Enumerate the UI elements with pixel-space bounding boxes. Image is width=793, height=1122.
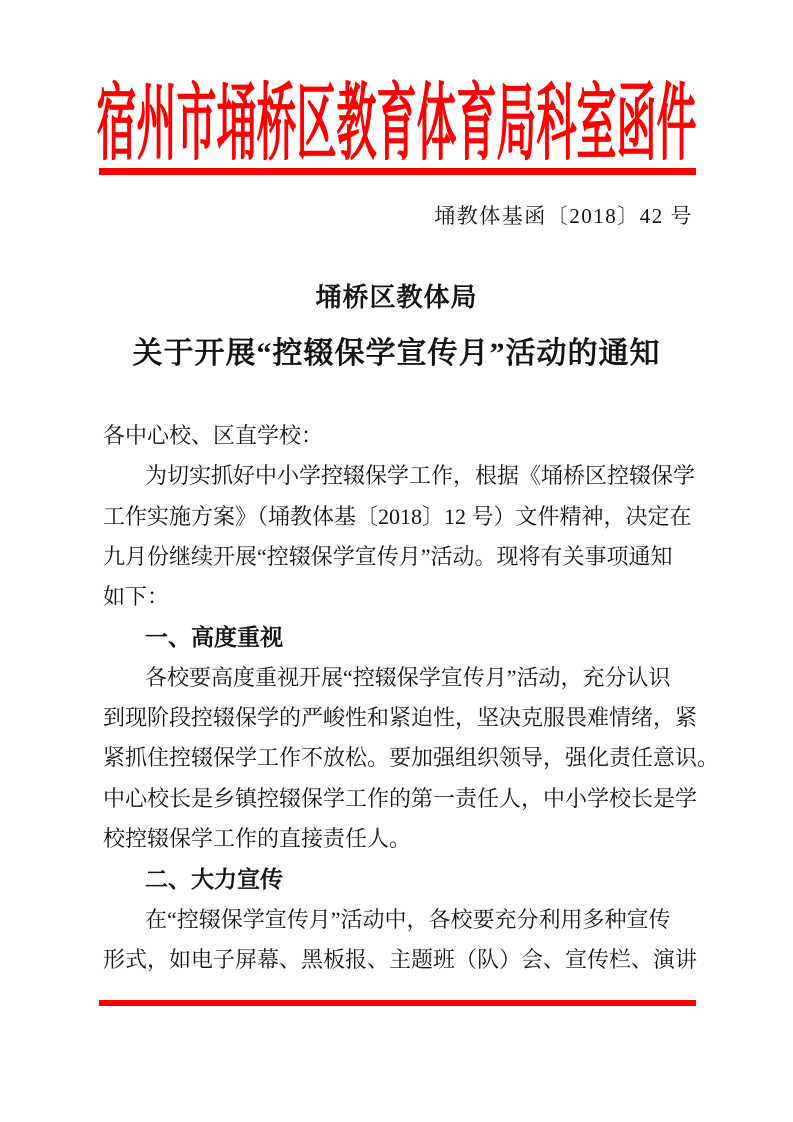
salutation: 各中心校、区直学校： <box>103 416 697 456</box>
body-line: 形式，如电子屏幕、黑板报、主题班（队）会、宣传栏、演讲 <box>103 940 697 980</box>
title-subject: 关于开展“控辍保学宣传月”活动的通知 <box>0 328 793 372</box>
body-line: 九月份继续开展“控辍保学宣传月”活动。现将有关事项通知 <box>103 537 697 577</box>
body-line: 在“控辍保学宣传月”活动中，各校要充分利用多种宣传 <box>103 900 697 940</box>
letterhead-agency-title: 宿州市埇桥区教育体育局科室函件 <box>0 70 793 164</box>
letterhead-agency-text: 宿州市埇桥区教育体育局科室函件 <box>97 57 697 177</box>
letterhead-double-rule <box>99 168 696 175</box>
body-line: 中心校长是乡镇控辍保学工作的第一责任人，中小学校长是学 <box>103 779 697 819</box>
body-line: 为切实抓好中小学控辍保学工作，根据《埇桥区控辍保学 <box>103 456 697 496</box>
body-line: 各校要高度重视开展“控辍保学宣传月”活动，充分认识 <box>103 658 697 698</box>
body-line: 一、高度重视 <box>103 617 697 657</box>
title-organization: 埇桥区教体局 <box>0 277 793 314</box>
body-line: 如下： <box>103 577 697 617</box>
document-page: 宿州市埇桥区教育体育局科室函件 埇教体基函〔2018〕42 号 埇桥区教体局 关… <box>0 0 793 1122</box>
footer-double-rule <box>99 1000 696 1006</box>
body-line: 二、大力宣传 <box>103 859 697 899</box>
body-line: 到现阶段控辍保学的严峻性和紧迫性，坚决克服畏难情绪，紧 <box>103 698 697 738</box>
body-line: 紧抓住控辍保学工作不放松。要加强组织领导，强化责任意识。 <box>103 738 697 778</box>
body-line: 工作实施方案》（埇教体基〔2018〕12 号）文件精神，决定在 <box>103 497 697 537</box>
document-number: 埇教体基函〔2018〕42 号 <box>434 200 693 230</box>
body-line: 校控辍保学工作的直接责任人。 <box>103 819 697 859</box>
document-body: 各中心校、区直学校： 为切实抓好中小学控辍保学工作，根据《埇桥区控辍保学 工作实… <box>103 416 697 980</box>
